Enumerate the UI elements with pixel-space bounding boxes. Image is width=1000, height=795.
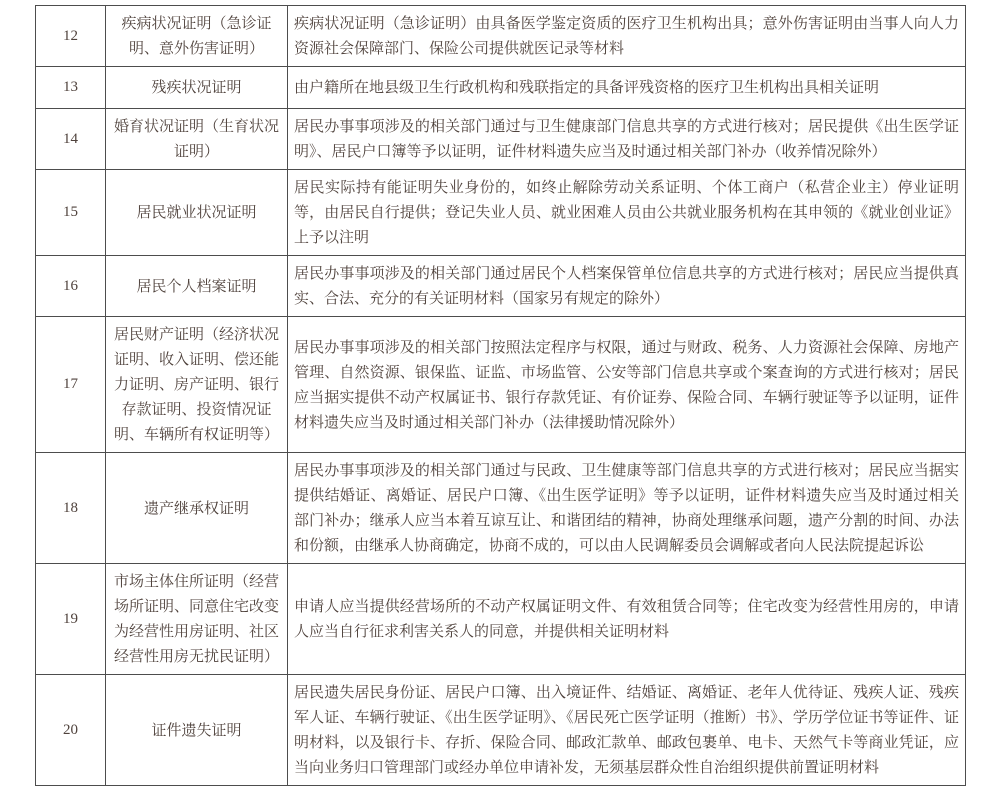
document-page: 12 疾病状况证明（急诊证明、意外伤害证明） 疾病状况证明（急诊证明）由具备医学… [0,0,1000,795]
table-row: 18 遗产继承权证明 居民办事事项涉及的相关部门通过与民政、卫生健康等部门信息共… [36,453,966,564]
certificate-name-cell: 居民个人档案证明 [106,256,288,317]
certificate-description-cell: 由户籍所在地县级卫生行政机构和残联指定的具备评残资格的医疗卫生机构出具相关证明 [288,67,966,109]
certificate-description-cell: 居民办事事项涉及的相关部门通过与卫生健康部门信息共享的方式进行核对；居民提供《出… [288,109,966,170]
certificate-description-cell: 居民办事事项涉及的相关部门按照法定程序与权限，通过与财政、税务、人力资源社会保障… [288,317,966,453]
certificate-description-cell: 居民实际持有能证明失业身份的，如终止解除劳动关系证明、个体工商户（私营企业主）停… [288,170,966,256]
certificate-name-cell: 遗产继承权证明 [106,453,288,564]
table-row: 15 居民就业状况证明 居民实际持有能证明失业身份的，如终止解除劳动关系证明、个… [36,170,966,256]
row-number-cell: 14 [36,109,106,170]
row-number-cell: 18 [36,453,106,564]
table-row: 17 居民财产证明（经济状况证明、收入证明、偿还能力证明、房产证明、银行存款证明… [36,317,966,453]
table-row: 20 证件遗失证明 居民遗失居民身份证、居民户口簿、出入境证件、结婚证、离婚证、… [36,675,966,786]
row-number-cell: 16 [36,256,106,317]
table-row: 13 残疾状况证明 由户籍所在地县级卫生行政机构和残联指定的具备评残资格的医疗卫… [36,67,966,109]
table-row: 16 居民个人档案证明 居民办事事项涉及的相关部门通过居民个人档案保管单位信息共… [36,256,966,317]
table-row: 12 疾病状况证明（急诊证明、意外伤害证明） 疾病状况证明（急诊证明）由具备医学… [36,6,966,67]
certificate-name-cell: 证件遗失证明 [106,675,288,786]
row-number-cell: 15 [36,170,106,256]
row-number-cell: 17 [36,317,106,453]
certificate-description-cell: 申请人应当提供经营场所的不动产权属证明文件、有效租赁合同等；住宅改变为经营性用房… [288,564,966,675]
table-body: 12 疾病状况证明（急诊证明、意外伤害证明） 疾病状况证明（急诊证明）由具备医学… [36,6,966,786]
certificate-name-cell: 残疾状况证明 [106,67,288,109]
table-row: 14 婚育状况证明（生育状况证明） 居民办事事项涉及的相关部门通过与卫生健康部门… [36,109,966,170]
certificate-name-cell: 婚育状况证明（生育状况证明） [106,109,288,170]
certificate-description-cell: 居民办事事项涉及的相关部门通过居民个人档案保管单位信息共享的方式进行核对；居民应… [288,256,966,317]
certificate-name-cell: 居民财产证明（经济状况证明、收入证明、偿还能力证明、房产证明、银行存款证明、投资… [106,317,288,453]
row-number-cell: 20 [36,675,106,786]
certificate-description-cell: 居民办事事项涉及的相关部门通过与民政、卫生健康等部门信息共享的方式进行核对；居民… [288,453,966,564]
certificate-name-cell: 疾病状况证明（急诊证明、意外伤害证明） [106,6,288,67]
row-number-cell: 13 [36,67,106,109]
certificate-description-cell: 疾病状况证明（急诊证明）由具备医学鉴定资质的医疗卫生机构出具；意外伤害证明由当事… [288,6,966,67]
row-number-cell: 12 [36,6,106,67]
table-row: 19 市场主体住所证明（经营场所证明、同意住宅改变为经营性用房证明、社区经营性用… [36,564,966,675]
certificate-requirements-table: 12 疾病状况证明（急诊证明、意外伤害证明） 疾病状况证明（急诊证明）由具备医学… [35,5,966,786]
row-number-cell: 19 [36,564,106,675]
certificate-name-cell: 市场主体住所证明（经营场所证明、同意住宅改变为经营性用房证明、社区经营性用房无扰… [106,564,288,675]
certificate-description-cell: 居民遗失居民身份证、居民户口簿、出入境证件、结婚证、离婚证、老年人优待证、残疾人… [288,675,966,786]
certificate-name-cell: 居民就业状况证明 [106,170,288,256]
